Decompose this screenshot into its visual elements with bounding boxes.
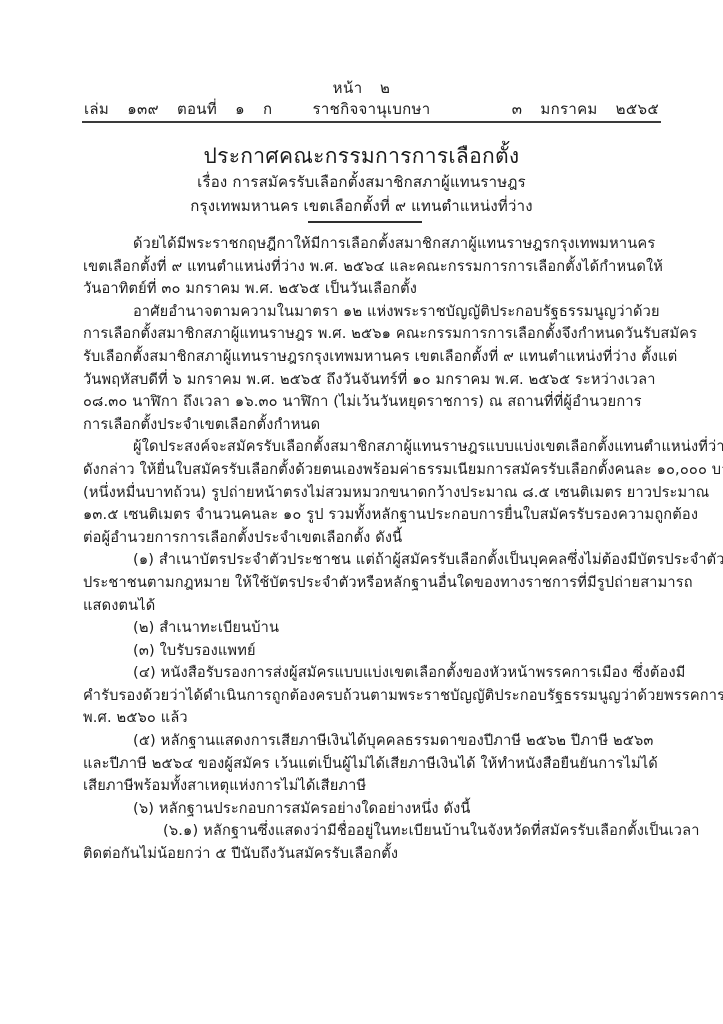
text-line: เขตเลือกตั้งที่ ๙ แทนตำแหน่งที่ว่าง พ.ศ.… xyxy=(83,256,661,279)
document-subject: เรื่อง การสมัครรับเลือกตั้งสมาชิกสภาผู้แ… xyxy=(0,170,723,218)
date-day: ๓ xyxy=(512,100,523,118)
date-month: มกราคม xyxy=(540,100,597,118)
text-line: ประชาชนตามกฎหมาย ให้ใช้บัตรประจำตัวหรือห… xyxy=(83,572,661,595)
text-line: (๕) หลักฐานแสดงการเสียภาษีเงินได้บุคคลธร… xyxy=(83,730,661,753)
list-item-3: (๓) ใบรับรองแพทย์ xyxy=(83,640,661,663)
text-line: ต่อผู้อำนวยการการเลือกตั้งประจำเขตเลือกต… xyxy=(83,527,661,550)
text-line: พ.ศ. ๒๕๖๐ แล้ว xyxy=(83,707,661,730)
running-header: เล่ม ๑๓๙ ตอนที่ ๑ ก ราชกิจจานุเบกษา ๓ มก… xyxy=(84,97,659,119)
subject-line-1: เรื่อง การสมัครรับเลือกตั้งสมาชิกสภาผู้แ… xyxy=(0,170,723,194)
paragraph-2: อาศัยอำนาจตามความในมาตรา ๑๒ แห่งพระราชบั… xyxy=(83,301,661,437)
text-line: เสียภาษีพร้อมทั้งสาเหตุแห่งการไม่ได้เสีย… xyxy=(83,775,661,798)
text-line: ผู้ใดประสงค์จะสมัครรับเลือกตั้งสมาชิกสภา… xyxy=(83,436,661,459)
list-item-6: (๖) หลักฐานประกอบการสมัครอย่างใดอย่างหนึ… xyxy=(83,798,661,821)
list-item-6-1: (๖.๑) หลักฐานซึ่งแสดงว่ามีชื่ออยู่ในทะเบ… xyxy=(83,820,661,865)
text-line: วันพฤหัสบดีที่ ๖ มกราคม พ.ศ. ๒๕๖๕ ถึงวัน… xyxy=(83,369,661,392)
date-year: ๒๕๖๕ xyxy=(616,100,659,118)
list-item-5: (๕) หลักฐานแสดงการเสียภาษีเงินได้บุคคลธร… xyxy=(83,730,661,798)
subject-line-2: กรุงเทพมหานคร เขตเลือกตั้งที่ ๙ แทนตำแหน… xyxy=(0,194,723,218)
list-item-1: (๑) สำเนาบัตรประจำตัวประชาชน แต่ถ้าผู้สม… xyxy=(83,549,661,617)
text-line: แสดงตนได้ xyxy=(83,595,661,618)
document-title: ประกาศคณะกรรมการการเลือกตั้ง xyxy=(0,140,723,173)
text-line: และปีภาษี ๒๕๖๔ ของผู้สมัคร เว้นแต่เป็นผู… xyxy=(83,753,661,776)
text-line: ๑๓.๕ เซนติเมตร จำนวนคนละ ๑๐ รูป รวมทั้งห… xyxy=(83,504,661,527)
publication-date: ๓ มกราคม ๒๕๖๕ xyxy=(499,97,659,121)
text-line: (หนึ่งหมื่นบาทถ้วน) รูปถ่ายหน้าตรงไม่สวม… xyxy=(83,482,661,505)
text-line: ๐๘.๓๐ นาฬิกา ถึงเวลา ๑๖.๓๐ นาฬิกา (ไม่เว… xyxy=(83,391,661,414)
document-body: ด้วยได้มีพระราชกฤษฎีกาให้มีการเลือกตั้งส… xyxy=(83,233,661,866)
list-item-2: (๒) สำเนาทะเบียนบ้าน xyxy=(83,617,661,640)
text-line: (๔) หนังสือรับรองการส่งผู้สมัครแบบแบ่งเข… xyxy=(83,662,661,685)
text-line: วันอาทิตย์ที่ ๓๐ มกราคม พ.ศ. ๒๕๖๕ เป็นวั… xyxy=(83,278,661,301)
page-number-value: ๒ xyxy=(380,79,390,97)
text-line: คำรับรองด้วยว่าได้ดำเนินการถูกต้องครบถ้ว… xyxy=(83,685,661,708)
text-line: รับเลือกตั้งสมาชิกสภาผู้แทนราษฎรกรุงเทพม… xyxy=(83,346,661,369)
text-line: (๒) สำเนาทะเบียนบ้าน xyxy=(83,617,661,640)
paragraph-1: ด้วยได้มีพระราชกฤษฎีกาให้มีการเลือกตั้งส… xyxy=(83,233,661,301)
page-label: หน้า xyxy=(333,79,363,97)
title-divider xyxy=(308,221,422,223)
list-item-4: (๔) หนังสือรับรองการส่งผู้สมัครแบบแบ่งเข… xyxy=(83,662,661,730)
text-line: (๑) สำเนาบัตรประจำตัวประชาชน แต่ถ้าผู้สม… xyxy=(83,549,661,572)
text-line: (๖.๑) หลักฐานซึ่งแสดงว่ามีชื่ออยู่ในทะเบ… xyxy=(83,820,661,843)
text-line: ดังกล่าว ให้ยื่นใบสมัครรับเลือกตั้งด้วยต… xyxy=(83,459,661,482)
paragraph-3: ผู้ใดประสงค์จะสมัครรับเลือกตั้งสมาชิกสภา… xyxy=(83,436,661,549)
text-line: อาศัยอำนาจตามความในมาตรา ๑๒ แห่งพระราชบั… xyxy=(83,301,661,324)
header-rule xyxy=(82,121,661,123)
text-line: (๖) หลักฐานประกอบการสมัครอย่างใดอย่างหนึ… xyxy=(83,798,661,821)
text-line: ติดต่อกันไม่น้อยกว่า ๕ ปีนับถึงวันสมัครร… xyxy=(83,843,661,866)
text-line: การเลือกตั้งประจำเขตเลือกตั้งกำหนด xyxy=(83,414,661,437)
text-line: (๓) ใบรับรองแพทย์ xyxy=(83,640,661,663)
text-line: ด้วยได้มีพระราชกฤษฎีกาให้มีการเลือกตั้งส… xyxy=(83,233,661,256)
gazette-page: หน้า ๒ เล่ม ๑๓๙ ตอนที่ ๑ ก ราชกิจจานุเบก… xyxy=(0,0,723,1024)
text-line: การเลือกตั้งสมาชิกสภาผู้แทนราษฎร พ.ศ. ๒๕… xyxy=(83,323,661,346)
